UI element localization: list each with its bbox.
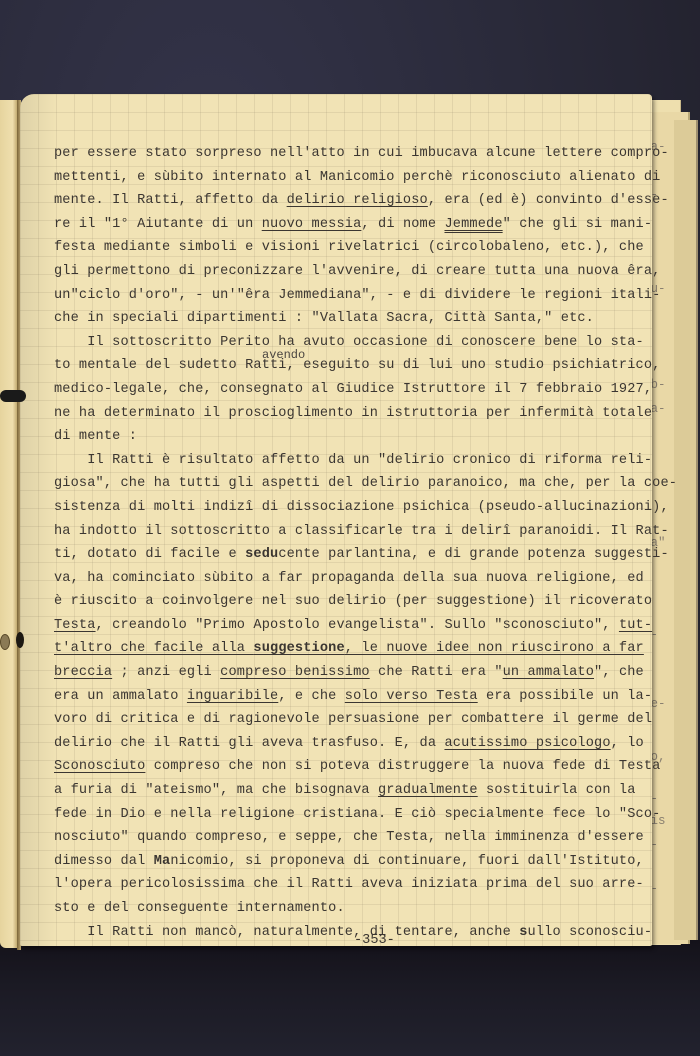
text-line: per essere stato sorpreso nell'atto in c…: [54, 142, 634, 166]
emphasized-text: gradualmente: [378, 783, 478, 798]
text-run: re il "1° Aiutante di un: [54, 217, 262, 232]
text-run: Il Ratti è risultato affetto da un "deli…: [54, 453, 652, 468]
emphasized-text: tut-: [619, 618, 652, 633]
text-line: dimesso dal Manicomio, si proponeva di c…: [54, 850, 634, 874]
text-line: delirio che il Ratti gli aveva trasfuso.…: [54, 732, 634, 756]
text-line: l'opera pericolosissima che il Ratti ave…: [54, 873, 634, 897]
text-run: è riuscito a coinvolgere nel suo delirio…: [54, 594, 652, 609]
text-line: voro di critica e di ragionevole persuas…: [54, 708, 634, 732]
text-run: per essere stato sorpreso nell'atto in c…: [54, 146, 669, 161]
text-line: ne ha determinato il proscioglimento in …: [54, 402, 634, 426]
text-run: di mente :: [54, 429, 137, 444]
page-number: -353-: [354, 933, 395, 948]
text-run: gli permettono di preconizzare l'avvenir…: [54, 264, 660, 279]
emphasized-text: nuovo messia: [262, 217, 362, 232]
emphasized-text: sedu: [245, 547, 278, 562]
emphasized-text: t'altro che facile alla: [54, 641, 253, 656]
text-run: , lo: [611, 736, 644, 751]
text-line: a furia di "ateismo", ma che bisognava g…: [54, 779, 634, 803]
emphasized-text: solo verso Testa: [345, 689, 478, 704]
text-line: Il Ratti è risultato affetto da un "deli…: [54, 449, 634, 473]
text-line: gli permettono di preconizzare l'avvenir…: [54, 260, 634, 284]
emphasized-text: Testa: [54, 618, 96, 633]
text-run: ; anzi egli: [112, 665, 220, 680]
text-run: ", che: [594, 665, 644, 680]
text-run: era possibile un la-: [478, 689, 652, 704]
text-line: mente. Il Ratti, affetto da delirio reli…: [54, 189, 634, 213]
emphasized-text: compreso benissimo: [220, 665, 370, 680]
facing-page-edge: [0, 100, 18, 948]
text-run: nosciuto" quando compreso, e seppe, che …: [54, 830, 644, 845]
text-run: sto e del conseguente internamento.: [54, 901, 345, 916]
text-run: ha indotto il sottoscritto a classificar…: [54, 524, 669, 539]
text-run: voro di critica e di ragionevole persuas…: [54, 712, 652, 727]
text-run: mente. Il Ratti, affetto da: [54, 193, 287, 208]
text-line: era un ammalato inguaribile, e che solo …: [54, 685, 634, 709]
text-line: breccia ; anzi egli compreso benissimo c…: [54, 661, 634, 685]
text-line: un"ciclo d'oro", - un'"êra Jemmediana", …: [54, 284, 634, 308]
text-line: ha indotto il sottoscritto a classificar…: [54, 520, 634, 544]
text-line: sistenza di molti indizî di dissociazion…: [54, 496, 634, 520]
text-line: festa mediante simboli e visioni rivelat…: [54, 236, 634, 260]
text-line: to mentale del sudetto Ratti, eseguito s…: [54, 354, 634, 378]
text-run: giosa", che ha tutti gli aspetti del del…: [54, 476, 677, 491]
emphasized-text: Jemmede: [444, 217, 502, 232]
emphasized-text: breccia: [54, 665, 112, 680]
text-run: un"ciclo d'oro", - un'"êra Jemmediana", …: [54, 288, 660, 303]
text-run: mettenti, e sùbito internato al Manicomi…: [54, 170, 660, 185]
text-run: Il Ratti non mancò, naturalmente, di ten…: [54, 925, 519, 940]
text-line: Il Ratti non mancò, naturalmente, di ten…: [54, 921, 634, 945]
emphasized-text: delirio religioso: [287, 193, 428, 208]
binder-hole-icon: [16, 632, 24, 648]
text-line: re il "1° Aiutante di un nuovo messia, d…: [54, 213, 634, 237]
text-line: che in speciali dipartimenti : "Vallata …: [54, 307, 634, 331]
binder-ring-icon: [0, 390, 26, 402]
text-run: ne ha determinato il proscioglimento in …: [54, 406, 652, 421]
desk-surface: [0, 940, 700, 1056]
text-run: dimesso dal: [54, 854, 154, 869]
emphasized-text: acutissimo psicologo: [444, 736, 610, 751]
emphasized-text: , le nuove idee non riuscirono a far: [345, 641, 644, 656]
text-line: fede in Dio e nella religione cristiana.…: [54, 803, 634, 827]
text-run: delirio che il Ratti gli aveva trasfuso.…: [54, 736, 444, 751]
typewritten-body: per essere stato sorpreso nell'atto in c…: [54, 142, 634, 944]
underlying-page: [674, 120, 698, 940]
text-line: t'altro che facile alla suggestione, le …: [54, 637, 634, 661]
text-run: a furia di "ateismo", ma che bisognava: [54, 783, 378, 798]
text-line: giosa", che ha tutti gli aspetti del del…: [54, 472, 634, 496]
emphasized-text: Ma: [154, 854, 171, 869]
text-run: ullo sconosciu-: [528, 925, 653, 940]
text-run: " che gli si mani-: [503, 217, 653, 232]
handwritten-insertion: avendo: [262, 348, 305, 362]
text-run: sistenza di molti indizî di dissociazion…: [54, 500, 669, 515]
text-run: festa mediante simboli e visioni rivelat…: [54, 240, 644, 255]
emphasized-text: suggestione: [253, 641, 344, 656]
text-run: , di nome: [361, 217, 444, 232]
text-line: Il sottoscritto Perito ha avuto occasion…: [54, 331, 634, 355]
emphasized-text: Sconosciuto: [54, 759, 145, 774]
text-line: di mente :: [54, 425, 634, 449]
text-run: che Ratti era ": [370, 665, 503, 680]
text-run: medico-legale, che, consegnato al Giudic…: [54, 382, 652, 397]
emphasized-text: s: [519, 925, 527, 940]
emphasized-text: inguaribile: [187, 689, 278, 704]
text-line: Testa, creandolo "Primo Apostolo evangel…: [54, 614, 634, 638]
text-line: mettenti, e sùbito internato al Manicomi…: [54, 166, 634, 190]
text-run: ti, dotato di facile e: [54, 547, 245, 562]
text-run: , e che: [278, 689, 344, 704]
text-run: va, ha cominciato sùbito a far propagand…: [54, 571, 644, 586]
text-run: , creandolo "Primo Apostolo evangelista"…: [96, 618, 619, 633]
text-run: sostituirla con la: [478, 783, 636, 798]
text-run: fede in Dio e nella religione cristiana.…: [54, 807, 660, 822]
text-run: che in speciali dipartimenti : "Vallata …: [54, 311, 594, 326]
text-run: to mentale del sudetto Ratti, eseguito s…: [54, 358, 660, 373]
text-line: Sconosciuto compreso che non si poteva d…: [54, 755, 634, 779]
emphasized-text: un ammalato: [503, 665, 594, 680]
text-line: nosciuto" quando compreso, e seppe, che …: [54, 826, 634, 850]
text-line: medico-legale, che, consegnato al Giudic…: [54, 378, 634, 402]
text-run: nicomio, si proponeva di continuare, fuo…: [170, 854, 644, 869]
text-line: è riuscito a coinvolgere nel suo delirio…: [54, 590, 634, 614]
binder-hole-icon: [0, 634, 10, 650]
text-run: , era (ed è) convinto d'esse-: [428, 193, 669, 208]
text-run: compreso che non si poteva distruggere l…: [145, 759, 660, 774]
text-line: sto e del conseguente internamento.: [54, 897, 634, 921]
text-line: ti, dotato di facile e seducente parlant…: [54, 543, 634, 567]
text-run: Il sottoscritto Perito ha avuto occasion…: [54, 335, 644, 350]
text-run: l'opera pericolosissima che il Ratti ave…: [54, 877, 644, 892]
text-line: va, ha cominciato sùbito a far propagand…: [54, 567, 634, 591]
text-run: era un ammalato: [54, 689, 187, 704]
text-run: cente parlantina, e di grande potenza su…: [278, 547, 668, 562]
